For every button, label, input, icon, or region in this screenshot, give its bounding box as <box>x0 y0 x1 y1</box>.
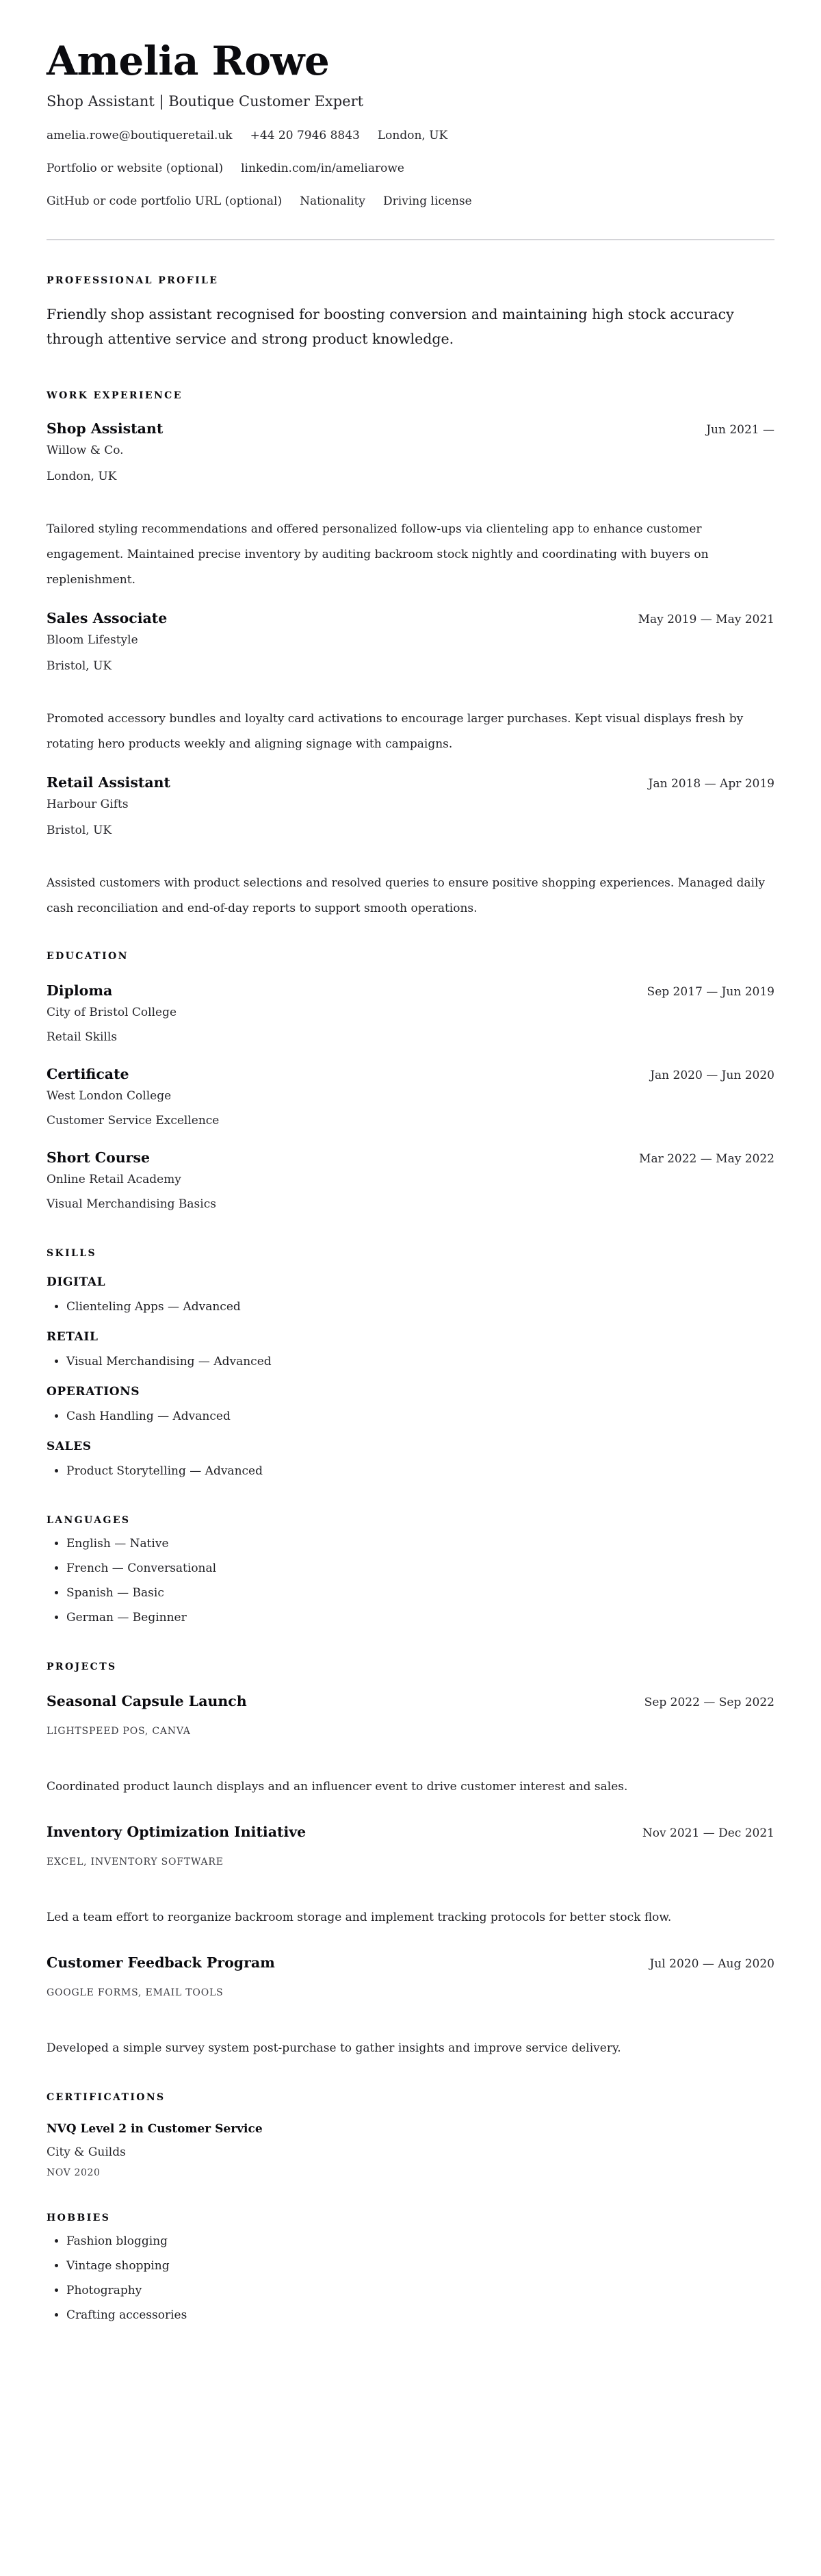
education-degree: Short Course <box>47 1149 150 1166</box>
project-dates: Sep 2022 — Sep 2022 <box>644 1695 774 1710</box>
work-company: Harbour Gifts <box>47 797 774 812</box>
contact-driving-license: Driving license <box>383 194 472 208</box>
header-divider <box>47 239 774 240</box>
section-title-education: Education <box>47 950 774 962</box>
contact-email[interactable]: amelia.rowe@boutiqueretail.uk <box>47 129 233 142</box>
education-dates: Sep 2017 — Jun 2019 <box>647 984 774 999</box>
section-skills: Skills DIGITAL Clienteling Apps — Advanc… <box>47 1247 774 1479</box>
section-title-hobbies: Hobbies <box>47 2212 774 2224</box>
work-role: Sales Associate <box>47 609 167 627</box>
project-description: Coordinated product launch displays and … <box>47 1774 774 1800</box>
skill-list: Clienteling Apps — Advanced <box>47 1299 774 1314</box>
section-profile: Professional Profile Friendly shop assis… <box>47 275 774 351</box>
section-work-experience: Work Experience Shop Assistant Jun 2021 … <box>47 390 774 921</box>
resume-header: Amelia Rowe Shop Assistant | Boutique Cu… <box>47 40 774 209</box>
skill-item: Product Storytelling — Advanced <box>66 1464 774 1479</box>
work-company: Bloom Lifestyle <box>47 633 774 648</box>
contact-nationality: Nationality <box>300 194 365 208</box>
skill-item: Clienteling Apps — Advanced <box>66 1299 774 1314</box>
section-title-profile: Professional Profile <box>47 275 774 287</box>
contact-row-1: amelia.rowe@boutiqueretail.uk+44 20 7946… <box>47 128 774 143</box>
work-entry: Sales Associate May 2019 — May 2021 Bloo… <box>47 609 774 757</box>
hobby-item: Fashion blogging <box>66 2234 774 2249</box>
education-field: Visual Merchandising Basics <box>47 1197 774 1212</box>
certification-issuer: City & Guilds <box>47 2145 774 2160</box>
work-location: London, UK <box>47 469 774 484</box>
section-title-certifications: Certifications <box>47 2091 774 2104</box>
project-name: Inventory Optimization Initiative <box>47 1823 306 1841</box>
skill-category: DIGITAL <box>47 1275 774 1290</box>
language-list: English — Native French — Conversational… <box>47 1536 774 1625</box>
hobby-list: Fashion blogging Vintage shopping Photog… <box>47 2234 774 2323</box>
work-dates: Jan 2018 — Apr 2019 <box>649 776 774 791</box>
skill-category: RETAIL <box>47 1329 774 1344</box>
skill-item: Visual Merchandising — Advanced <box>66 1354 774 1369</box>
section-education: Education Diploma Sep 2017 — Jun 2019 Ci… <box>47 950 774 1212</box>
contact-row-3: GitHub or code portfolio URL (optional)N… <box>47 194 774 209</box>
contact-row-2: Portfolio or website (optional)linkedin.… <box>47 161 774 176</box>
contact-github[interactable]: GitHub or code portfolio URL (optional) <box>47 194 282 208</box>
profile-summary: Friendly shop assistant recognised for b… <box>47 302 774 351</box>
certification-name: NVQ Level 2 in Customer Service <box>47 2121 774 2137</box>
project-dates: Nov 2021 — Dec 2021 <box>642 1826 774 1841</box>
contact-linkedin[interactable]: linkedin.com/in/ameliarowe <box>241 162 404 175</box>
project-entry: Customer Feedback Program Jul 2020 — Aug… <box>47 1954 774 2061</box>
language-item: English — Native <box>66 1536 774 1551</box>
section-title-projects: Projects <box>47 1661 774 1673</box>
project-description: Developed a simple survey system post-pu… <box>47 2036 774 2061</box>
candidate-name: Amelia Rowe <box>47 40 774 84</box>
education-entry: Short Course Mar 2022 — May 2022 Online … <box>47 1149 774 1212</box>
skill-list: Visual Merchandising — Advanced <box>47 1354 774 1369</box>
work-role: Shop Assistant <box>47 420 163 437</box>
project-name: Customer Feedback Program <box>47 1954 275 1972</box>
work-dates: May 2019 — May 2021 <box>638 612 774 627</box>
work-description: Promoted accessory bundles and loyalty c… <box>47 706 774 757</box>
project-description: Led a team effort to reorganize backroom… <box>47 1905 774 1930</box>
skill-list: Cash Handling — Advanced <box>47 1409 774 1424</box>
education-degree: Certificate <box>47 1065 129 1083</box>
education-school: West London College <box>47 1088 774 1104</box>
project-tech: Lightspeed POS, Canva <box>47 1725 774 1737</box>
contact-location: London, UK <box>378 129 447 142</box>
work-location: Bristol, UK <box>47 659 774 674</box>
work-role: Retail Assistant <box>47 774 170 791</box>
skill-list: Product Storytelling — Advanced <box>47 1464 774 1479</box>
work-location: Bristol, UK <box>47 823 774 838</box>
skill-category: SALES <box>47 1439 774 1454</box>
candidate-headline: Shop Assistant | Boutique Customer Exper… <box>47 93 774 110</box>
hobby-item: Vintage shopping <box>66 2258 774 2273</box>
education-dates: Jan 2020 — Jun 2020 <box>650 1068 774 1083</box>
contact-portfolio[interactable]: Portfolio or website (optional) <box>47 162 223 175</box>
hobby-item: Crafting accessories <box>66 2308 774 2323</box>
section-certifications: Certifications NVQ Level 2 in Customer S… <box>47 2091 774 2179</box>
language-item: Spanish — Basic <box>66 1585 774 1601</box>
work-description: Tailored styling recommendations and off… <box>47 517 774 593</box>
work-company: Willow & Co. <box>47 443 774 458</box>
project-name: Seasonal Capsule Launch <box>47 1692 247 1710</box>
education-field: Retail Skills <box>47 1030 774 1045</box>
section-title-work: Work Experience <box>47 390 774 402</box>
language-item: French — Conversational <box>66 1561 774 1576</box>
hobby-item: Photography <box>66 2283 774 2298</box>
section-projects: Projects Seasonal Capsule Launch Sep 202… <box>47 1661 774 2061</box>
section-hobbies: Hobbies Fashion blogging Vintage shoppin… <box>47 2212 774 2323</box>
education-entry: Diploma Sep 2017 — Jun 2019 City of Bris… <box>47 982 774 1045</box>
project-dates: Jul 2020 — Aug 2020 <box>650 1956 774 1972</box>
project-tech: Google Forms, Email Tools <box>47 1987 774 1999</box>
work-description: Assisted customers with product selectio… <box>47 871 774 921</box>
project-tech: Excel, Inventory Software <box>47 1856 774 1868</box>
project-entry: Inventory Optimization Initiative Nov 20… <box>47 1823 774 1930</box>
section-title-skills: Skills <box>47 1247 774 1260</box>
resume-page: Amelia Rowe Shop Assistant | Boutique Cu… <box>0 0 821 2350</box>
section-languages: Languages English — Native French — Conv… <box>47 1514 774 1625</box>
language-item: German — Beginner <box>66 1610 774 1625</box>
skill-category: OPERATIONS <box>47 1384 774 1399</box>
skill-item: Cash Handling — Advanced <box>66 1409 774 1424</box>
education-school: City of Bristol College <box>47 1005 774 1020</box>
education-degree: Diploma <box>47 982 112 999</box>
work-entry: Retail Assistant Jan 2018 — Apr 2019 Har… <box>47 774 774 921</box>
project-entry: Seasonal Capsule Launch Sep 2022 — Sep 2… <box>47 1692 774 1800</box>
education-field: Customer Service Excellence <box>47 1113 774 1128</box>
certification-date: Nov 2020 <box>47 2167 774 2179</box>
education-entry: Certificate Jan 2020 — Jun 2020 West Lon… <box>47 1065 774 1128</box>
section-title-languages: Languages <box>47 1514 774 1527</box>
education-school: Online Retail Academy <box>47 1172 774 1187</box>
work-dates: Jun 2021 — <box>706 422 774 437</box>
contact-phone[interactable]: +44 20 7946 8843 <box>250 129 360 142</box>
work-entry: Shop Assistant Jun 2021 — Willow & Co. L… <box>47 420 774 593</box>
education-dates: Mar 2022 — May 2022 <box>639 1151 774 1166</box>
